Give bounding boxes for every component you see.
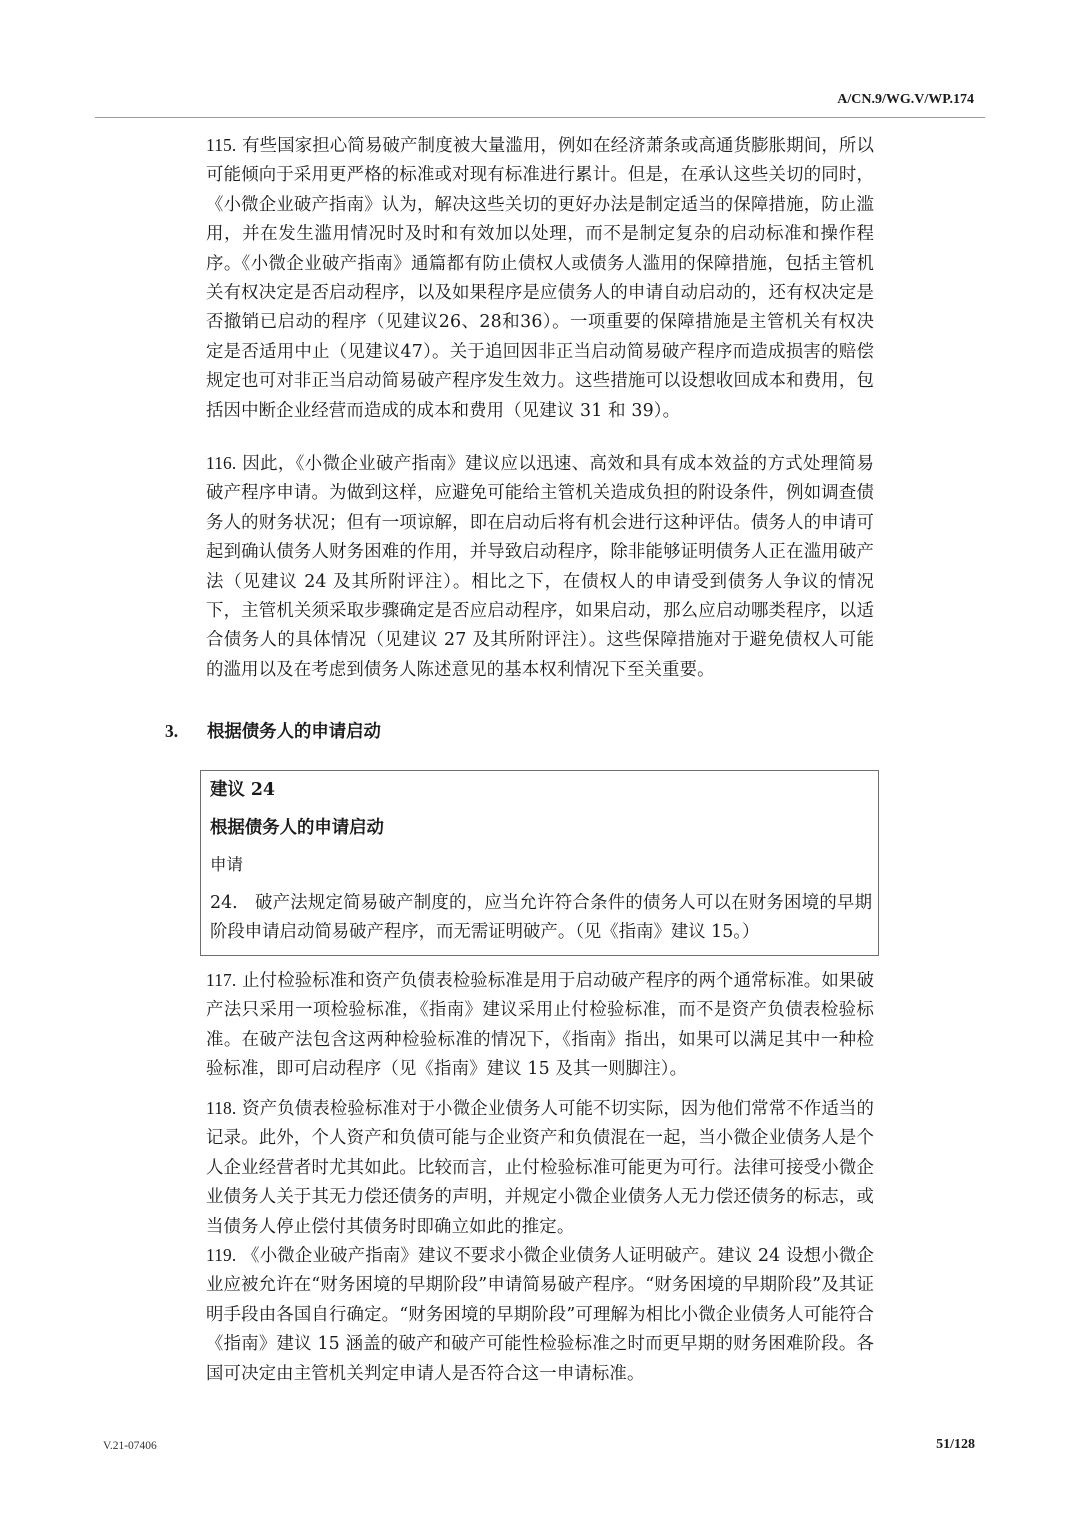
recommendation-title: 建议 24 [210,777,275,803]
section-number: 3. [165,718,207,744]
page-number: 51/128 [936,1437,975,1453]
paragraph-number: 118. [206,1098,236,1118]
paragraph-number: 116. [206,453,236,473]
recommendation-number: 24. [210,893,238,913]
paragraph-119: 119. 《小微企业破产指南》建议不要求小微企业债务人证明破产。建议 24 设想… [206,1241,874,1389]
recommendation-body: 破产法规定简易破产制度的，应当允许符合条件的债务人可以在财务困境的早期阶段申请启… [210,893,872,942]
paragraph-text: 止付检验标准和资产负债表检验标准是用于启动破产程序的两个通常标准。如果破产法只采… [206,971,874,1079]
recommendation-label: 申请 [210,852,243,878]
section-title: 根据债务人的申请启动 [207,722,381,742]
paragraph-number: 115. [206,135,236,155]
recommendation-text: 24. 破产法规定简易破产制度的，应当允许符合条件的债务人可以在财务困境的早期阶… [210,889,872,947]
paragraph-text: 《小微企业破产指南》建议不要求小微企业债务人证明破产。建议 24 设想小微企业应… [206,1246,874,1384]
section-heading: 3.根据债务人的申请启动 [165,718,381,745]
paragraph-118: 118. 资产负债表检验标准对于小微企业债务人可能不切实际，因为他们常常不作适当… [206,1094,874,1242]
recommendation-subtitle: 根据债务人的申请启动 [210,815,384,841]
paragraph-number: 119. [206,1245,236,1265]
recommendation-box: 建议 24 根据债务人的申请启动 申请 24. 破产法规定简易破产制度的，应当允… [200,770,879,956]
paragraph-115: 115. 有些国家担心简易破产制度被大量滥用，例如在经济萧条或高通货膨胀期间，所… [206,131,874,426]
paragraph-116: 116. 因此，《小微企业破产指南》建议应以迅速、高效和具有成本效益的方式处理简… [206,449,874,685]
paragraph-number: 117. [206,970,236,990]
job-number: V.21-07406 [103,1440,157,1452]
document-symbol: A/CN.9/WG.V/WP.174 [837,92,974,108]
paragraph-text: 因此，《小微企业破产指南》建议应以迅速、高效和具有成本效益的方式处理简易破产程序… [206,454,874,680]
paragraph-text: 资产负债表检验标准对于小微企业债务人可能不切实际，因为他们常常不作适当的记录。此… [206,1099,874,1237]
paragraph-text: 有些国家担心简易破产制度被大量滥用，例如在经济萧条或高通货膨胀期间，所以可能倾向… [206,136,874,421]
header-rule [95,117,985,118]
paragraph-117: 117. 止付检验标准和资产负债表检验标准是用于启动破产程序的两个通常标准。如果… [206,966,874,1085]
